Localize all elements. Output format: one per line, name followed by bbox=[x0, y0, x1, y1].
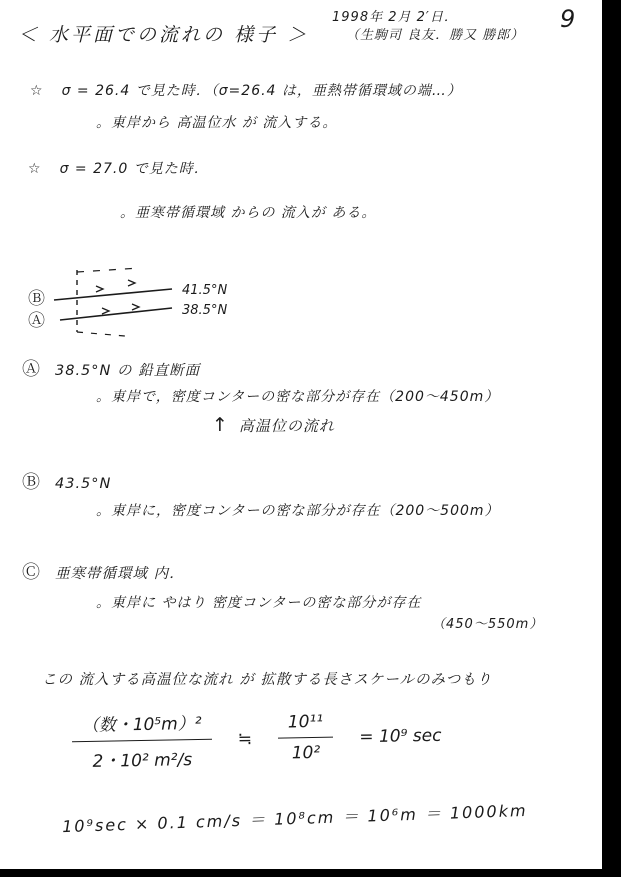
time-result: = 10⁹ sec bbox=[359, 725, 442, 746]
page-number: 9 bbox=[560, 5, 576, 33]
section-c-item: 。東岸に やはり 密度コンターの密な部分が存在 bbox=[96, 592, 421, 612]
section-b-heading: Ⓑ43.5°N bbox=[22, 468, 111, 494]
up-arrow-icon: ↑ bbox=[212, 414, 229, 436]
star-bullet-icon: ☆ bbox=[30, 83, 44, 99]
note-sigma-264-heading: ☆σ = 26.4 で見た時．（σ=26.4 は，亜熱帯循環域の端…） bbox=[30, 80, 462, 100]
latitude-line-upper bbox=[54, 289, 172, 300]
flow-arrow-icon bbox=[132, 304, 139, 310]
note-sigma-270-item: 。亜寒帯循環域 からの 流入が ある。 bbox=[120, 202, 376, 222]
section-b-title: 43.5°N bbox=[55, 476, 111, 492]
circled-a-marker: Ⓐ bbox=[22, 359, 41, 380]
note-sigma-264-item: 。東岸から 高温位水 が 流入する。 bbox=[96, 112, 337, 132]
scan-edge-bottom bbox=[0, 869, 621, 877]
latitude-label-lower: 38.5°N bbox=[182, 303, 227, 318]
latitude-sketch-diagram: Ⓑ Ⓐ 41.5°N 38.5°N bbox=[20, 262, 280, 346]
estimate-intro: この 流入する高温位な流れ が 拡散する長さスケールのみつもり bbox=[42, 668, 492, 689]
dashed-bottom-edge bbox=[77, 332, 125, 336]
star-bullet-icon: ☆ bbox=[28, 161, 42, 177]
section-b-item: 。東岸に，密度コンターの密な部分が存在（200〜500m） bbox=[96, 500, 500, 520]
flow-arrow-icon bbox=[128, 280, 135, 286]
date: 1998年 2月 2′日． bbox=[332, 6, 458, 25]
section-c-depth-range: （450〜550m） bbox=[432, 613, 543, 632]
fraction-numerator: （数・10⁵m）² bbox=[71, 709, 211, 742]
estimate-formula-line1: （数・10⁵m）² 2・10² m²/s ≒ 10¹¹ 10² = 10⁹ se… bbox=[71, 705, 442, 772]
section-c-title: 亜寒帯循環域 内． bbox=[55, 566, 185, 582]
circle-label-a: Ⓐ bbox=[28, 311, 45, 331]
section-a-item: 。東岸で，密度コンターの密な部分が存在（200〜450m） bbox=[96, 386, 499, 406]
diffusion-time-fraction: （数・10⁵m）² 2・10² m²/s bbox=[71, 709, 212, 772]
estimate-formula-line2: 10⁹sec × 0.1 cm/s ＝ 10⁸cm ＝ 10⁶m ＝ 1000k… bbox=[62, 798, 528, 837]
flow-arrow-icon bbox=[96, 286, 103, 292]
latitude-label-upper: 41.5°N bbox=[182, 283, 227, 298]
note-sigma-264-text: σ = 26.4 で見た時．（σ=26.4 は，亜熱帯循環域の端…） bbox=[62, 83, 462, 99]
note-sigma-270-heading: ☆σ = 27.0 で見た時． bbox=[28, 158, 209, 178]
scan-edge-right bbox=[602, 0, 621, 877]
section-a-arrow-note: ↑高温位の流れ bbox=[212, 414, 335, 436]
page-title: ＜ 水平面での流れの 様子 ＞ bbox=[18, 20, 309, 47]
dashed-top-edge bbox=[77, 268, 140, 272]
note-sigma-270-text: σ = 27.0 で見た時． bbox=[60, 161, 209, 177]
section-a-arrow-text: 高温位の流れ bbox=[239, 417, 335, 435]
circled-c-marker: Ⓒ bbox=[22, 562, 41, 583]
fraction-denominator: 2・10² m²/s bbox=[92, 740, 192, 772]
circle-label-b: Ⓑ bbox=[28, 289, 45, 309]
scanned-note-page: ＜ 水平面での流れの 様子 ＞ 1998年 2月 2′日． （生駒司 良友．勝又… bbox=[0, 0, 621, 877]
circled-b-marker: Ⓑ bbox=[22, 472, 41, 493]
fraction-denominator: 10² bbox=[291, 738, 320, 763]
section-c-heading: Ⓒ亜寒帯循環域 内． bbox=[22, 558, 185, 584]
section-a-heading: Ⓐ38.5°N の 鉛直断面 bbox=[22, 355, 200, 381]
order-of-magnitude-fraction: 10¹¹ 10² bbox=[278, 712, 334, 764]
authors: （生駒司 良友．勝又 勝郎） bbox=[346, 24, 524, 43]
fraction-numerator: 10¹¹ bbox=[278, 712, 334, 739]
flow-arrow-icon bbox=[102, 308, 109, 314]
section-a-title: 38.5°N の 鉛直断面 bbox=[55, 363, 200, 379]
approx-equals-sign: ≒ bbox=[238, 729, 253, 749]
